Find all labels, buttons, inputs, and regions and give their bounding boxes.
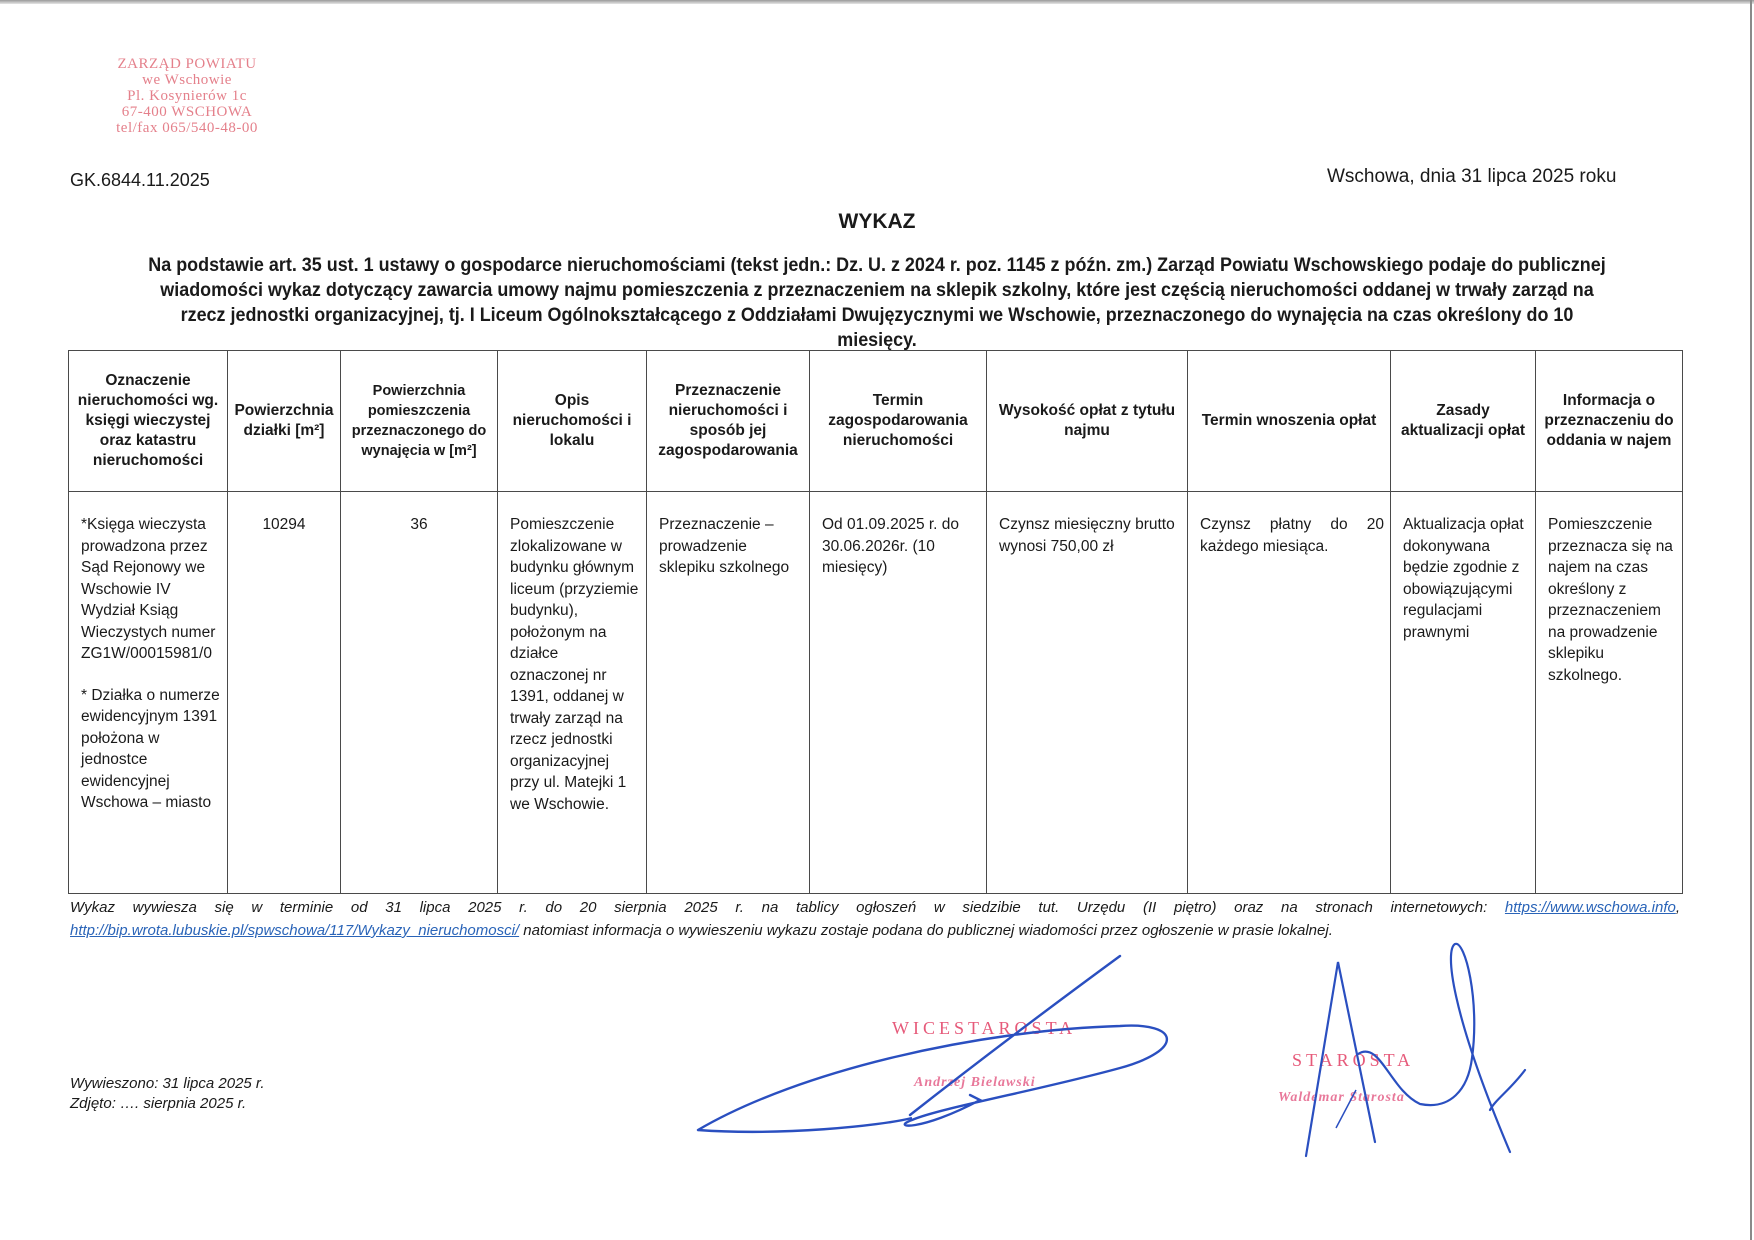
scan-edge-top xyxy=(0,0,1754,4)
cell-room-area: 36 xyxy=(341,492,498,894)
link-wschowa[interactable]: https://www.wschowa.info xyxy=(1505,899,1676,916)
col-header-purpose: Przeznaczenie nieruchomości i sposób jej… xyxy=(647,351,810,492)
cell-purpose: Przeznaczenie – prowadzenie sklepiku szk… xyxy=(647,492,810,894)
office-stamp: ZARZĄD POWIATU we Wschowie Pl. Kosynieró… xyxy=(92,56,282,136)
note-text-1: Wykaz wywiesza się w terminie od 31 lipc… xyxy=(70,899,1505,916)
table-row: *Księga wieczysta prowadzona przez Sąd R… xyxy=(69,492,1683,894)
cell-description: Pomieszczenie zlokalizowane w budynku gł… xyxy=(498,492,647,894)
col-header-fee: Wysokość opłat z tytułu najmu xyxy=(987,351,1188,492)
note-text-2: natomiast informacja o wywieszeniu wykaz… xyxy=(519,922,1333,939)
intro-paragraph: Na podstawie art. 35 ust. 1 ustawy o gos… xyxy=(144,253,1610,353)
property-table: Oznaczenie nieruchomości wg. księgi wiec… xyxy=(68,350,1683,894)
stamp-line: Pl. Kosynierów 1c xyxy=(92,88,282,104)
scan-edge-right xyxy=(1750,0,1752,1240)
col-header-term: Termin zagospodarowania nieruchomości xyxy=(810,351,987,492)
cell-fee: Czynsz miesięczny brutto wynosi 750,00 z… xyxy=(987,492,1188,894)
cell-payment-deadline: Czynsz płatny do 20 każdego miesiąca. xyxy=(1188,492,1391,894)
plot-info-text: * Działka o numerze ewidencyjnym 1391 po… xyxy=(81,685,221,814)
col-header-land-register: Oznaczenie nieruchomości wg. księgi wiec… xyxy=(69,351,228,492)
handwritten-signature-icon xyxy=(1240,930,1540,1160)
removed-date: Zdjęto: …. sierpnia 2025 r. xyxy=(70,1094,265,1114)
col-header-update-rules: Zasady aktualizacji opłat xyxy=(1391,351,1536,492)
link-bip[interactable]: http://bip.wrota.lubuskie.pl/spwschowa/1… xyxy=(70,922,519,939)
document-title: WYKAZ xyxy=(0,210,1754,234)
stamp-line: ZARZĄD POWIATU xyxy=(92,56,282,72)
cell-land-register: *Księga wieczysta prowadzona przez Sąd R… xyxy=(69,492,228,894)
col-header-room-area: Powierzchnia pomieszczenia przeznaczoneg… xyxy=(341,351,498,492)
cell-term: Od 01.09.2025 r. do 30.06.2026r. (10 mie… xyxy=(810,492,987,894)
land-register-text: *Księga wieczysta prowadzona przez Sąd R… xyxy=(81,514,221,665)
stamp-line: tel/fax 065/540-48-00 xyxy=(92,120,282,136)
cell-lease-info: Pomieszczenie przeznacza się na najem na… xyxy=(1536,492,1683,894)
table-header-row: Oznaczenie nieruchomości wg. księgi wiec… xyxy=(69,351,1683,492)
col-header-description: Opis nieruchomości i lokalu xyxy=(498,351,647,492)
col-header-plot-area: Powierzchnia działki [m²] xyxy=(228,351,341,492)
col-header-payment-deadline: Termin wnoszenia opłat xyxy=(1188,351,1391,492)
cell-update-rules: Aktualizacja opłat dokonywana będzie zgo… xyxy=(1391,492,1536,894)
signature-starosta: STAROSTA Waldemar Starosta xyxy=(1240,930,1540,1160)
place-date: Wschowa, dnia 31 lipca 2025 roku xyxy=(1327,166,1616,188)
stamp-line: we Wschowie xyxy=(92,72,282,88)
cell-plot-area: 10294 xyxy=(228,492,341,894)
handwritten-signature-icon xyxy=(680,950,1240,1150)
signature-vice-starosta: WICESTAROSTA Andrzej Bielawski xyxy=(680,950,1240,1150)
posted-date: Wywieszono: 31 lipca 2025 r. xyxy=(70,1074,265,1094)
posting-dates: Wywieszono: 31 lipca 2025 r. Zdjęto: …. … xyxy=(70,1074,265,1114)
stamp-line: 67-400 WSCHOWA xyxy=(92,104,282,120)
col-header-lease-info: Informacja o przeznaczeniu do oddania w … xyxy=(1536,351,1683,492)
reference-number: GK.6844.11.2025 xyxy=(70,170,210,191)
